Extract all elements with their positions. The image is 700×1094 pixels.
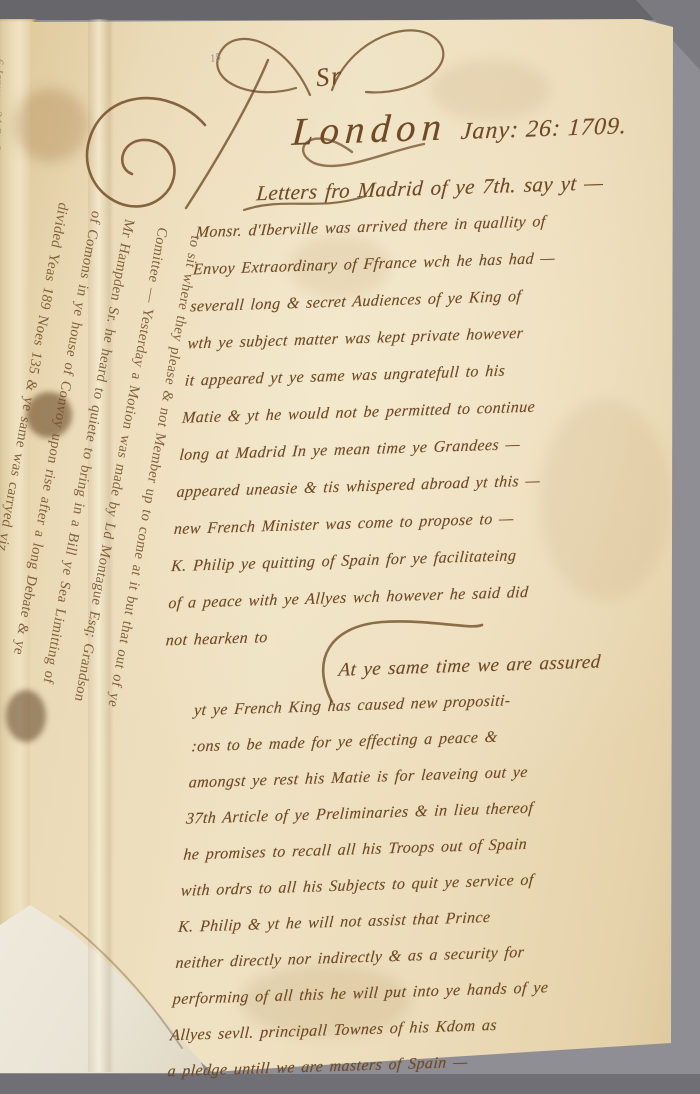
backdrop-top-band: [0, 0, 700, 20]
manuscript-photo: 6 January 24 On Saturday last 2 of Dr Sa…: [0, 0, 700, 1094]
paragraph-1: Letters fro Madrid of ye 7th. say yt — M…: [164, 162, 691, 660]
paragraph-2: At ye same time we are assured yt ye Fre…: [166, 642, 690, 1091]
dateline-date: Jany: 26: 1709.: [460, 113, 628, 145]
dateline-place: London: [291, 105, 449, 154]
salutation: Sr: [315, 61, 345, 94]
paper-stain: [14, 88, 88, 162]
pencil-folio-number: 15: [209, 51, 222, 65]
